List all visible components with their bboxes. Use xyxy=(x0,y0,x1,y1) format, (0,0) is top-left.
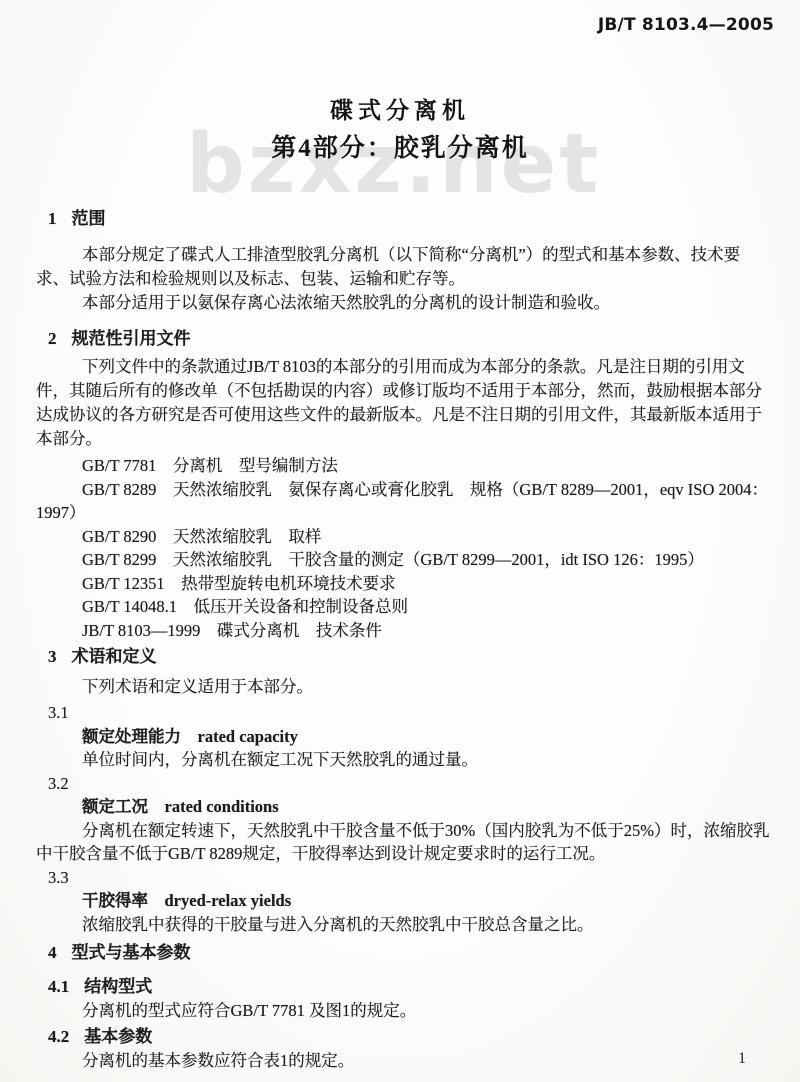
section-1-number: 1 xyxy=(48,207,57,231)
section-1-paragraph-2: 本部分适用于以氨保存离心法浓缩天然胶乳的分离机的设计制造和验收。 xyxy=(36,291,772,315)
section-2-title: 规范性引用文件 xyxy=(72,327,191,351)
reference-item: GB/T 14048.1 低压开关设备和控制设备总则 xyxy=(36,595,772,619)
section-4-2-heading: 4.2 基本参数 xyxy=(48,1025,772,1049)
reference-item: GB/T 8290 天然浓缩胶乳 取样 xyxy=(36,525,772,549)
term-name: 额定处理能力 rated capacity xyxy=(36,725,772,749)
section-4-2-number: 4.2 xyxy=(48,1025,69,1049)
term-number: 3.2 xyxy=(48,772,772,796)
section-4-2-title: 基本参数 xyxy=(84,1025,152,1049)
document-title: 碟式分离机 第4部分：胶乳分离机 xyxy=(0,96,800,164)
term-definition: 浓缩胶乳中获得的干胶量与进入分离机的天然胶乳中干胶总含量之比。 xyxy=(36,913,772,937)
term-definition: 分离机在额定转速下，天然胶乳中干胶含量不低于30%（国内胶乳为不低于25%）时，… xyxy=(36,819,772,866)
section-4-1-title: 结构型式 xyxy=(84,975,152,999)
document-page: JB/T 8103.4—2005 bzxz.net 碟式分离机 第4部分：胶乳分… xyxy=(0,0,800,1082)
terms-and-definitions: 3.1 额定处理能力 rated capacity 单位时间内，分离机在额定工况… xyxy=(36,701,772,936)
term-name: 额定工况 rated conditions xyxy=(36,795,772,819)
section-4-heading: 4 型式与基本参数 xyxy=(48,941,772,965)
reference-item: GB/T 7781 分离机 型号编制方法 xyxy=(36,454,772,478)
section-1-paragraph-1: 本部分规定了碟式人工排渣型胶乳分离机（以下简称“分离机”）的型式和基本参数、技术… xyxy=(36,243,772,291)
section-2-intro: 下列文件中的条款通过JB/T 8103的本部分的引用而成为本部分的条款。凡是注日… xyxy=(36,355,772,451)
term-definition: 单位时间内，分离机在额定工况下天然胶乳的通过量。 xyxy=(36,748,772,772)
section-3-intro: 下列术语和定义适用于本部分。 xyxy=(36,675,772,699)
reference-item: GB/T 8299 天然浓缩胶乳 干胶含量的测定（GB/T 8299—2001，… xyxy=(36,548,772,572)
section-4-title: 型式与基本参数 xyxy=(72,941,191,965)
term-name: 干胶得率 dryed-relax yields xyxy=(36,889,772,913)
section-4-1-number: 4.1 xyxy=(48,975,69,999)
section-2-number: 2 xyxy=(48,327,57,351)
normative-reference-list: GB/T 7781 分离机 型号编制方法 GB/T 8289 天然浓缩胶乳 氨保… xyxy=(36,454,772,642)
term-number: 3.3 xyxy=(48,866,772,890)
section-4-2-body: 分离机的基本参数应符合表1的规定。 xyxy=(36,1049,772,1073)
section-3-title: 术语和定义 xyxy=(72,645,157,669)
reference-item: GB/T 12351 热带型旋转电机环境技术要求 xyxy=(36,572,772,596)
document-title-line2: 第4部分：胶乳分离机 xyxy=(0,134,800,164)
document-body: 1 范围 本部分规定了碟式人工排渣型胶乳分离机（以下简称“分离机”）的型式和基本… xyxy=(36,200,772,1073)
section-2-heading: 2 规范性引用文件 xyxy=(48,327,772,351)
standard-code: JB/T 8103.4—2005 xyxy=(598,15,774,35)
section-3-number: 3 xyxy=(48,645,57,669)
section-4-1-heading: 4.1 结构型式 xyxy=(48,975,772,999)
reference-item: GB/T 8289 天然浓缩胶乳 氨保存离心或膏化胶乳 规格（GB/T 8289… xyxy=(36,478,772,525)
section-4-number: 4 xyxy=(48,941,57,965)
reference-item: JB/T 8103—1999 碟式分离机 技术条件 xyxy=(36,619,772,643)
section-4-1-body: 分离机的型式应符合GB/T 7781 及图1的规定。 xyxy=(36,999,772,1023)
term-number: 3.1 xyxy=(48,701,772,725)
section-3-heading: 3 术语和定义 xyxy=(48,645,772,669)
section-1-heading: 1 范围 xyxy=(48,207,772,231)
section-1-title: 范围 xyxy=(72,207,106,231)
document-title-line1: 碟式分离机 xyxy=(0,96,800,126)
